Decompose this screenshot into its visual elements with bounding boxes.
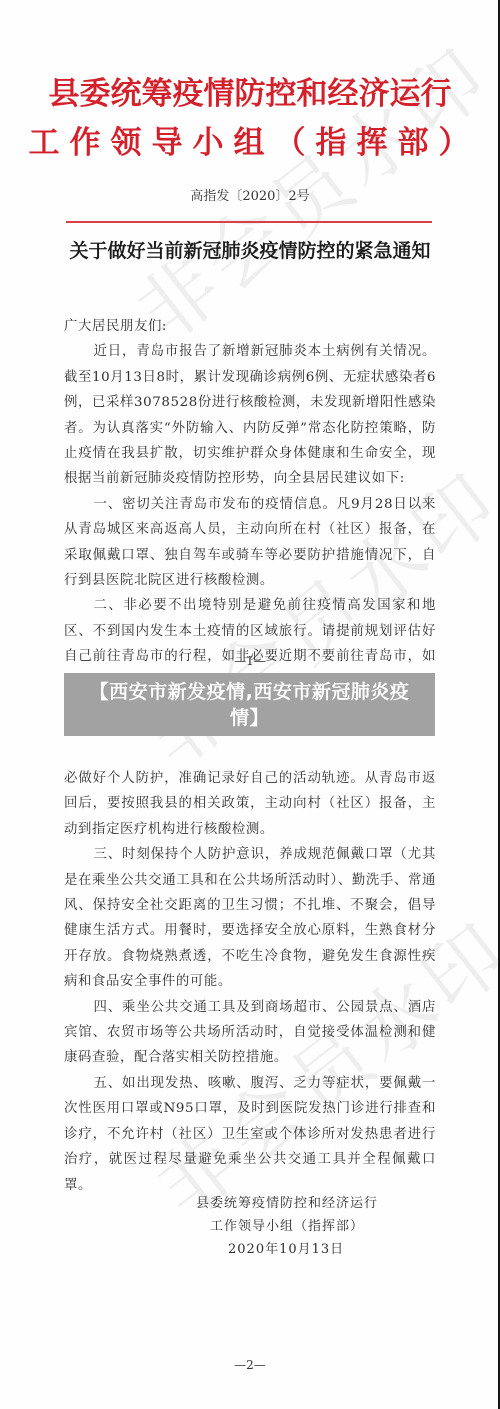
notice-title: 关于做好当前新冠肺炎疫情防控的紧急通知 [0, 236, 500, 263]
paragraph-continuation: 必做好个人防护，准确记录好自己的活动轨迹。从青岛市返回后，要按照我县的相关政策，… [64, 766, 436, 842]
page2-body: 必做好个人防护，准确记录好自己的活动轨迹。从青岛市返回后，要按照我县的相关政策，… [64, 766, 436, 1198]
page1-body: 广大居民朋友们: 近日，青岛市报告了新增新冠肺炎本土病例有关情况。截至10月13… [64, 314, 436, 695]
page-number-2: —2— [0, 1358, 500, 1372]
paragraph-item-1: 一、密切关注青岛市发布的疫情信息。凡9月28日以来从青岛城区来高返高人员，主动向… [64, 492, 436, 594]
red-divider [66, 221, 432, 223]
signature-org-line1: 县委统筹疫情防控和经济运行 [196, 1192, 378, 1211]
banner-text: 【西安市新发疫情,西安市新冠肺炎疫情】 [76, 679, 423, 731]
paragraph-intro: 近日，青岛市报告了新增新冠肺炎本土病例有关情况。截至10月13日8时，累计发现确… [64, 339, 436, 491]
salutation: 广大居民朋友们: [64, 314, 436, 339]
page-number-1: —1— [0, 654, 500, 668]
signature-org-line2: 工作领导小组（指挥部） [210, 1215, 364, 1234]
paragraph-item-4: 四、乘坐公共交通工具及到商场超市、公园景点、酒店宾馆、农贸市场等公共场所活动时，… [64, 995, 436, 1071]
paragraph-item-5: 五、如出现发热、咳嗽、腹泻、乏力等症状，要佩戴一次性医用口罩或N95口罩，及时到… [64, 1071, 436, 1198]
issuing-org-line1: 县委统筹疫情防控和经济运行 [0, 68, 500, 113]
document-page: 非会员水印 非会员水印 非会员水印 县委统筹疫情防控和经济运行 工作领导小组（指… [0, 0, 498, 1409]
title-banner: 【西安市新发疫情,西安市新冠肺炎疫情】 [64, 673, 435, 736]
document-number: 高指发〔2020〕2号 [0, 185, 500, 204]
issuing-org-line2: 工作领导小组（指挥部） [0, 117, 500, 162]
paragraph-item-3: 三、时刻保持个人防护意识，养成规范佩戴口罩（尤其是在乘坐公共交通工具和在公共场所… [64, 842, 436, 994]
signature-date: 2020年10月13日 [228, 1238, 344, 1257]
